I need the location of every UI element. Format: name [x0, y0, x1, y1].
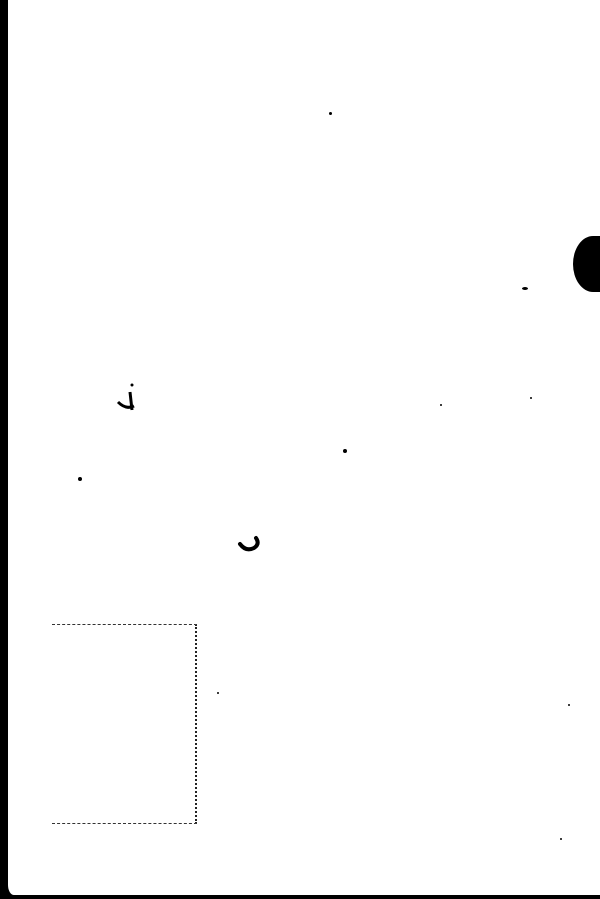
speck	[440, 404, 442, 406]
ink-mark	[112, 380, 142, 420]
speck	[329, 112, 332, 115]
scan-edge-left	[0, 0, 8, 899]
speck	[530, 397, 532, 399]
speck	[568, 704, 570, 706]
speck	[217, 692, 219, 694]
speck	[343, 449, 347, 453]
scanned-page	[0, 0, 600, 899]
scan-edge-bottom	[0, 895, 600, 899]
speck	[78, 477, 82, 481]
ink-blot	[573, 236, 600, 292]
ink-mark	[236, 534, 264, 554]
speck	[522, 287, 528, 290]
speck	[560, 838, 562, 840]
dotted-rectangle	[52, 624, 197, 824]
